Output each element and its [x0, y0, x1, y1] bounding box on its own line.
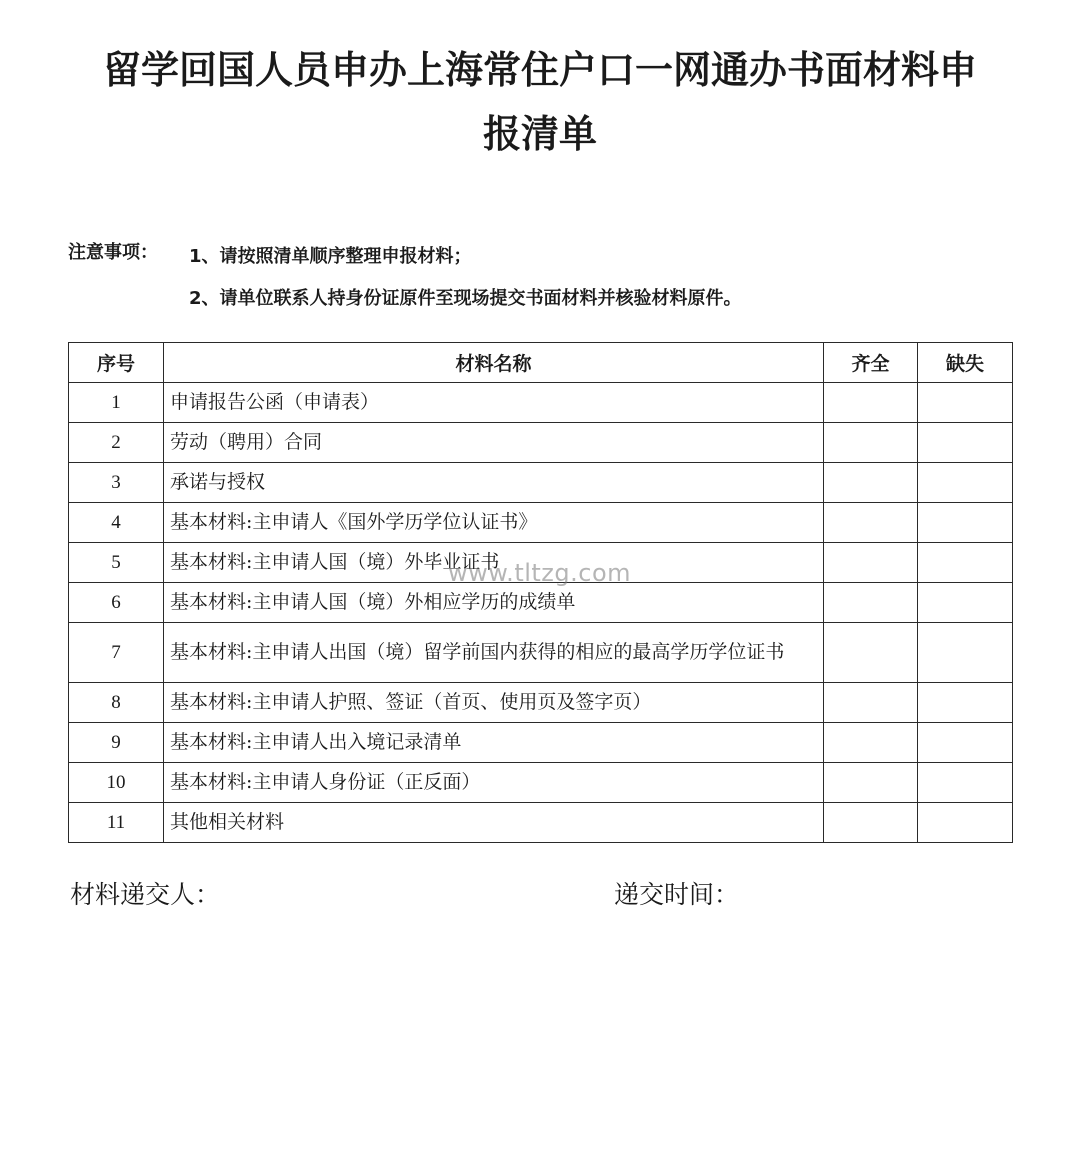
- material-name: 基本材料:主申请人国（境）外相应学历的成绩单: [164, 583, 824, 623]
- missing-cell[interactable]: [918, 463, 1013, 503]
- complete-cell[interactable]: [824, 683, 918, 723]
- complete-cell[interactable]: [824, 383, 918, 423]
- missing-cell[interactable]: [918, 423, 1013, 463]
- table-row: 5 基本材料:主申请人国（境）外毕业证书: [69, 543, 1013, 583]
- material-name: 基本材料:主申请人护照、签证（首页、使用页及签字页）: [164, 683, 824, 723]
- row-number: 2: [69, 423, 164, 463]
- complete-cell[interactable]: [824, 623, 918, 683]
- row-number: 8: [69, 683, 164, 723]
- complete-cell[interactable]: [824, 503, 918, 543]
- missing-cell[interactable]: [918, 623, 1013, 683]
- complete-cell[interactable]: [824, 423, 918, 463]
- table-row: 7 基本材料:主申请人出国（境）留学前国内获得的相应的最高学历学位证书: [69, 623, 1013, 683]
- submitter-label: 材料递交人：: [70, 878, 220, 912]
- missing-cell[interactable]: [918, 723, 1013, 763]
- submit-time-label: 递交时间：: [614, 878, 739, 912]
- title-line-2: 报清单: [0, 102, 1080, 166]
- material-name: 基本材料:主申请人出入境记录清单: [164, 723, 824, 763]
- notes-label: 注意事项：: [68, 240, 158, 266]
- missing-cell[interactable]: [918, 583, 1013, 623]
- missing-cell[interactable]: [918, 383, 1013, 423]
- note-item-2: 2、请单位联系人持身份证原件至现场提交书面材料并核验材料原件。: [189, 286, 742, 312]
- complete-cell[interactable]: [824, 543, 918, 583]
- row-number: 9: [69, 723, 164, 763]
- missing-cell[interactable]: [918, 763, 1013, 803]
- material-name: 基本材料:主申请人国（境）外毕业证书: [164, 543, 824, 583]
- title-line-1: 留学回国人员申办上海常住户口一网通办书面材料申: [0, 38, 1080, 102]
- table-header-row: 序号 材料名称 齐全 缺失: [69, 343, 1013, 383]
- table-row: 11 其他相关材料: [69, 803, 1013, 843]
- document-title: 留学回国人员申办上海常住户口一网通办书面材料申 报清单: [0, 38, 1080, 166]
- material-name: 其他相关材料: [164, 803, 824, 843]
- header-material-name: 材料名称: [164, 343, 824, 383]
- table-row: 3 承诺与授权: [69, 463, 1013, 503]
- note-item-1: 1、请按照清单顺序整理申报材料；: [189, 244, 472, 270]
- missing-cell[interactable]: [918, 683, 1013, 723]
- table-row: 1 申请报告公函（申请表）: [69, 383, 1013, 423]
- material-name: 承诺与授权: [164, 463, 824, 503]
- complete-cell[interactable]: [824, 583, 918, 623]
- table-row: 9 基本材料:主申请人出入境记录清单: [69, 723, 1013, 763]
- header-serial-number: 序号: [69, 343, 164, 383]
- row-number: 10: [69, 763, 164, 803]
- row-number: 11: [69, 803, 164, 843]
- table-row: 10 基本材料:主申请人身份证（正反面）: [69, 763, 1013, 803]
- row-number: 1: [69, 383, 164, 423]
- material-name: 申请报告公函（申请表）: [164, 383, 824, 423]
- table-row: 8 基本材料:主申请人护照、签证（首页、使用页及签字页）: [69, 683, 1013, 723]
- header-missing: 缺失: [918, 343, 1013, 383]
- material-name: 劳动（聘用）合同: [164, 423, 824, 463]
- complete-cell[interactable]: [824, 763, 918, 803]
- complete-cell[interactable]: [824, 463, 918, 503]
- materials-checklist-table: 序号 材料名称 齐全 缺失 1 申请报告公函（申请表） 2 劳动（聘用）合同 3…: [68, 342, 1013, 843]
- row-number: 4: [69, 503, 164, 543]
- complete-cell[interactable]: [824, 803, 918, 843]
- material-name: 基本材料:主申请人《国外学历学位认证书》: [164, 503, 824, 543]
- missing-cell[interactable]: [918, 543, 1013, 583]
- header-complete: 齐全: [824, 343, 918, 383]
- missing-cell[interactable]: [918, 503, 1013, 543]
- row-number: 7: [69, 623, 164, 683]
- missing-cell[interactable]: [918, 803, 1013, 843]
- table-row: 4 基本材料:主申请人《国外学历学位认证书》: [69, 503, 1013, 543]
- complete-cell[interactable]: [824, 723, 918, 763]
- row-number: 3: [69, 463, 164, 503]
- table-row: 2 劳动（聘用）合同: [69, 423, 1013, 463]
- material-name: 基本材料:主申请人出国（境）留学前国内获得的相应的最高学历学位证书: [164, 623, 824, 683]
- table-row: 6 基本材料:主申请人国（境）外相应学历的成绩单: [69, 583, 1013, 623]
- row-number: 6: [69, 583, 164, 623]
- material-name: 基本材料:主申请人身份证（正反面）: [164, 763, 824, 803]
- row-number: 5: [69, 543, 164, 583]
